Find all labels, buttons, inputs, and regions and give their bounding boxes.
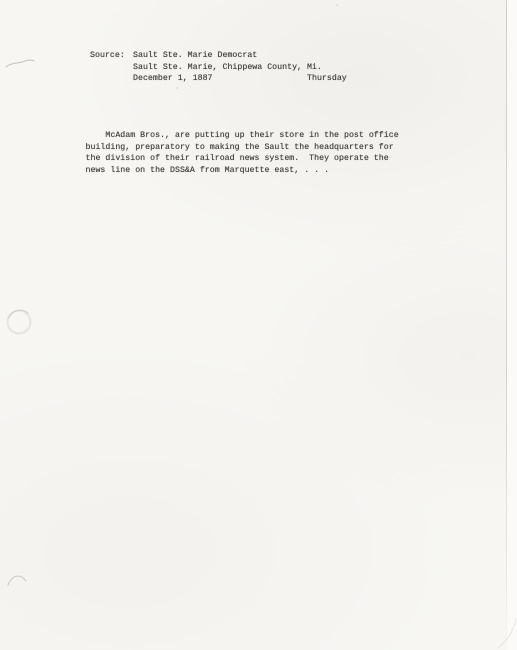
- dust-speck: [336, 4, 338, 6]
- source-day-of-week: Thursday: [307, 74, 347, 84]
- body-text-line: news line on the DSS&A from Marquette ea…: [86, 166, 330, 176]
- source-location: Sault Ste. Marie, Chippewa County, Mi.: [133, 63, 322, 73]
- source-publication: Sault Ste. Marie Democrat: [133, 51, 257, 61]
- paper-texture: [0, 0, 517, 650]
- scanner-background-strip: [507, 0, 517, 650]
- paper-edge-line: [506, 0, 507, 645]
- pencil-swoosh-mark: [6, 60, 34, 67]
- body-text-line: building, preparatory to making the Saul…: [86, 143, 394, 153]
- pencil-arc-mark: [8, 576, 26, 585]
- dust-speck: [176, 87, 178, 89]
- pencil-circle-top-arc: [9, 310, 28, 318]
- body-text-line: the division of their railroad news syst…: [86, 154, 389, 164]
- source-label: Source:: [90, 51, 125, 61]
- pencil-circle-smudge: [8, 311, 31, 334]
- scan-marks-overlay: [0, 0, 517, 650]
- scanned-document-page: Source: Sault Ste. Marie Democrat Sault …: [0, 0, 517, 650]
- body-text-line: McAdam Bros., are putting up their store…: [86, 131, 399, 141]
- source-date: December 1, 1887: [133, 74, 213, 84]
